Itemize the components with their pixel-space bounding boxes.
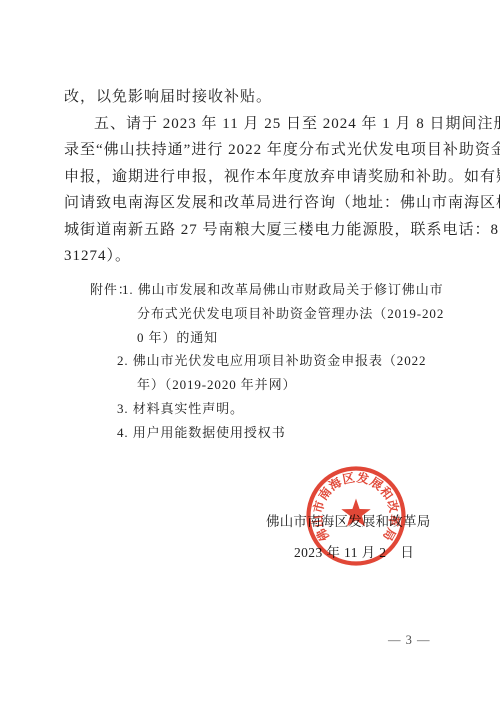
attachments-block: 附件：1. 佛山市发展和改革局佛山市财政局关于修订佛山市 分布式光伏发电项目补助… <box>90 278 460 445</box>
document-page: 改，以免影响届时接收补贴。 五、请于 2023 年 11 月 25 日至 202… <box>0 0 500 707</box>
body-line: 五、请于 2023 年 11 月 25 日至 2024 年 1 月 8 日期间注… <box>64 111 490 138</box>
attachment-item-4: 4. 用户用能数据使用授权书 <box>90 421 460 445</box>
seal-arc-text: 佛山市南海区发展和改革局 <box>310 469 403 544</box>
body-line: 城街道南新五路 27 号南粮大厦三楼电力能源股，联系电话：816 <box>64 217 490 244</box>
signature-date: 2023 年 11 月 2 日 <box>294 541 414 561</box>
body-line: 录至“佛山扶持通”进行 2022 年度分布式光伏发电项目补助资金 <box>64 137 490 164</box>
attachment-line: 年）（2019-2020 年并网） <box>90 373 460 397</box>
body-line: 问请致电南海区发展和改革局进行咨询（地址：佛山市南海区桂 <box>64 190 490 217</box>
attachment-line: 附件：1. 佛山市发展和改革局佛山市财政局关于修订佛山市 <box>90 278 460 302</box>
body-line: 申报，逾期进行申报，视作本年度放弃申请奖励和补助。如有疑 <box>64 164 490 191</box>
attachment-line: 0 年）的通知 <box>90 326 460 350</box>
attachment-item-1: 1. 佛山市发展和改革局佛山市财政局关于修订佛山市 <box>122 282 444 297</box>
attachments-label: 附件： <box>90 278 122 302</box>
page-number: — 3 — <box>388 633 431 648</box>
attachment-item-3: 3. 材料真实性声明。 <box>90 397 460 421</box>
attachment-item-2: 2. 佛山市光伏发电应用项目补助资金申报表（2022 <box>90 349 460 373</box>
body-paragraphs: 改，以免影响届时接收补贴。 五、请于 2023 年 11 月 25 日至 202… <box>64 84 490 270</box>
signature-org: 佛山市南海区发展和改革局 <box>266 510 430 530</box>
attachment-line: 分布式光伏发电项目补助资金管理办法（2019-202 <box>90 302 460 326</box>
svg-text:佛山市南海区发展和改革局: 佛山市南海区发展和改革局 <box>310 469 403 544</box>
body-line: 改，以免影响届时接收补贴。 <box>64 84 490 111</box>
body-line: 31274）。 <box>64 243 490 270</box>
